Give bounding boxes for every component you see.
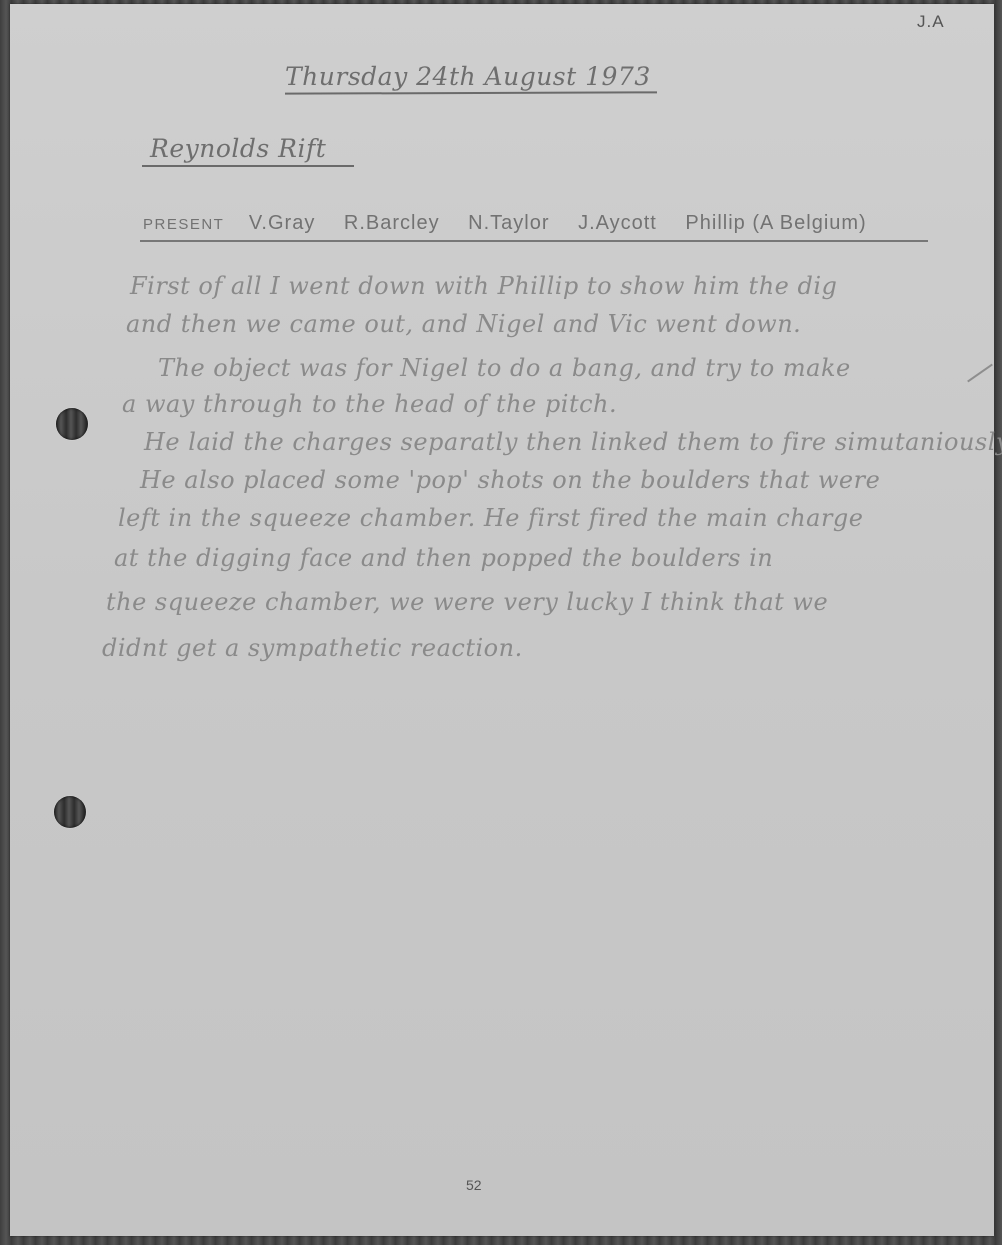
- cave-underline: [142, 165, 354, 167]
- cave-heading: Reynolds Rift: [150, 134, 326, 163]
- attendee-name: N.Taylor: [468, 212, 549, 234]
- date-heading: Thursday 24th August 1973: [285, 62, 651, 91]
- present-label: PRESENT: [143, 216, 224, 233]
- attendee-name: J.Aycott: [578, 212, 657, 234]
- page-number: 52: [466, 1177, 482, 1193]
- corner-initials: J.A: [917, 12, 945, 32]
- attendee-name: Phillip (A Belgium): [685, 212, 866, 234]
- punch-hole: [56, 408, 88, 440]
- body-text-line: He laid the charges separatly then linke…: [144, 428, 1002, 456]
- body-text-line: a way through to the head of the pitch.: [122, 390, 617, 418]
- notebook-page: J.A Thursday 24th August 1973 Reynolds R…: [10, 4, 994, 1236]
- body-text-line: and then we came out, and Nigel and Vic …: [126, 310, 801, 338]
- date-underline: [285, 91, 657, 94]
- punch-hole: [54, 796, 86, 828]
- attendee-name: R.Barcley: [344, 212, 440, 234]
- body-text-line: The object was for Nigel to do a bang, a…: [158, 354, 851, 382]
- attendees-line: PRESENT V.Gray R.Barcley N.Taylor J.Ayco…: [143, 212, 889, 235]
- body-text-line: didnt get a sympathetic reaction.: [102, 634, 523, 662]
- body-text-line: the squeeze chamber, we were very lucky …: [106, 588, 828, 616]
- attendees-underline: [140, 240, 928, 242]
- attendee-name: V.Gray: [249, 212, 315, 234]
- body-text-line: at the digging face and then popped the …: [114, 544, 773, 572]
- body-text-line: He also placed some 'pop' shots on the b…: [140, 466, 880, 494]
- body-text-line: left in the squeeze chamber. He first fi…: [118, 504, 864, 532]
- margin-pencil-mark: [967, 364, 993, 383]
- body-text-line: First of all I went down with Phillip to…: [130, 272, 837, 300]
